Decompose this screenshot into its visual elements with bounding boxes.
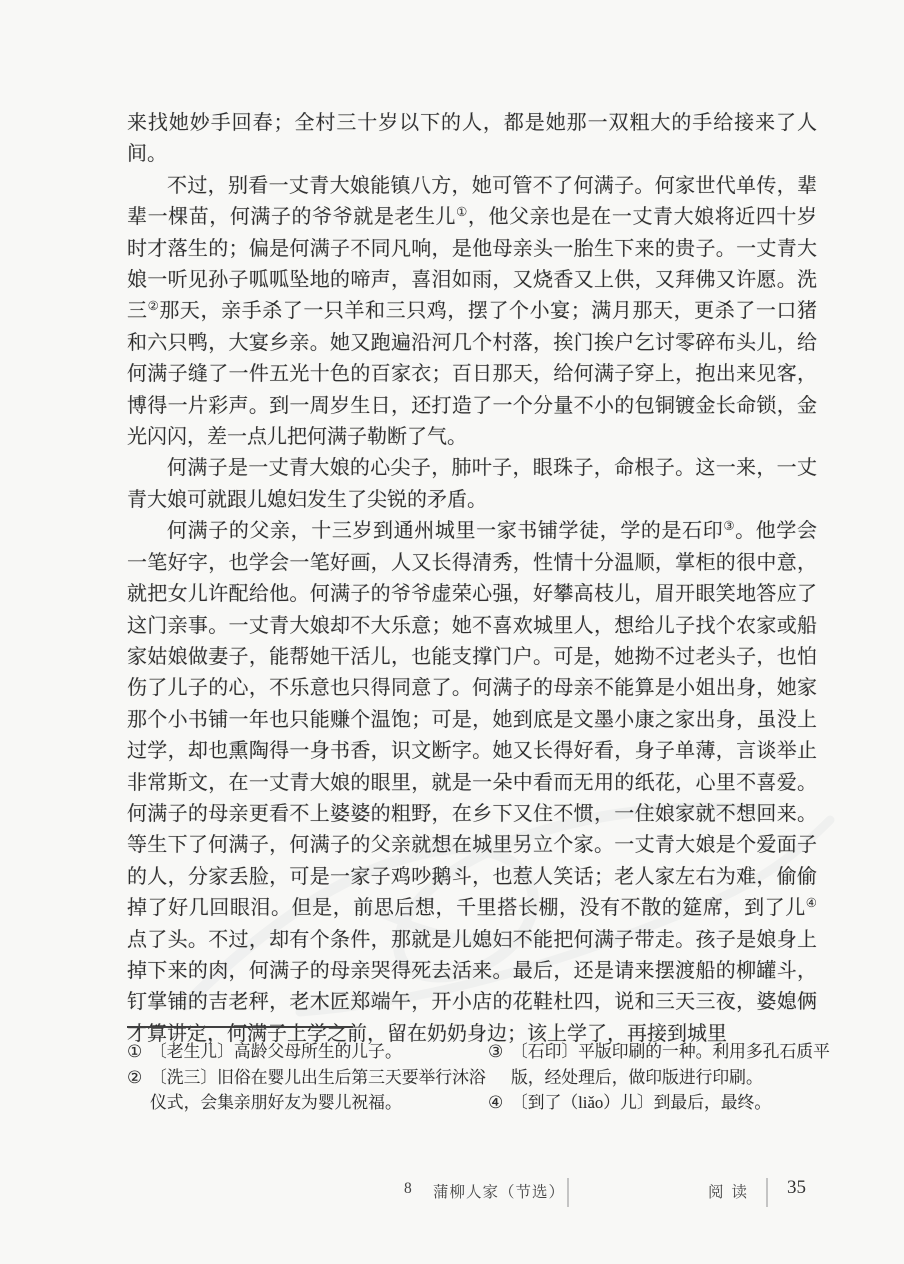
footnote-marker: ① [127, 1039, 150, 1065]
footnotes-left-column: ①〔老生儿〕高龄父母所生的儿子。②〔洗三〕旧俗在婴儿出生后第三天要举行沐浴仪式，… [127, 1039, 489, 1116]
paragraph: 不过，别看一丈青大娘能镇八方，她可管不了何满子。何家世代单传，辈辈一棵苗，何满子… [127, 171, 817, 454]
lesson-body-text: 来找她妙手回春；全村三十岁以下的人，都是她那一双粗大的手给接来了人间。不过，别看… [127, 108, 817, 1050]
footer-divider [567, 1178, 569, 1207]
text-run: 何满子是一丈青大娘的心尖子，肺叶子，眼珠子，命根子。这一来，一丈青大娘可就跟儿媳… [127, 457, 817, 510]
footnote-item: ③〔石印〕平版印刷的一种。利用多孔石质平版，经处理后，做印版进行印刷。 [488, 1039, 842, 1090]
footnote-text: 〔洗三〕旧俗在婴儿出生后第三天要举行沐浴仪式，会集亲朋好友为婴儿祝福。 [150, 1065, 489, 1116]
page-footer: 8 蒲柳人家（节选） 阅读 35 [0, 1176, 904, 1216]
footnote-item: ①〔老生儿〕高龄父母所生的儿子。 [127, 1039, 489, 1065]
footnote-separator-rule [127, 1026, 353, 1028]
footnote-marker: ④ [488, 1090, 511, 1116]
footnote-ref-marker: ① [456, 205, 468, 219]
section-label: 阅读 [708, 1180, 755, 1202]
footnote-text: 〔到了（liǎo）儿〕到最后，最终。 [511, 1090, 842, 1116]
text-run: 那天，亲手杀了一只羊和三只鸡，摆了个小宴；满月那天，更杀了一口猪和六只鸭，大宴乡… [127, 300, 817, 448]
text-run: 何满子的父亲，十三岁到通州城里一家书铺学徒，学的是石印 [167, 520, 723, 542]
footnote-item: ②〔洗三〕旧俗在婴儿出生后第三天要举行沐浴仪式，会集亲朋好友为婴儿祝福。 [127, 1065, 489, 1116]
text-run: 。他学会一笔好字，也学会一笔好画，人又长得清秀，性情十分温顺，掌柜的很中意，就把… [127, 520, 817, 919]
footnote-marker: ③ [488, 1039, 511, 1065]
footnote-text: 〔老生儿〕高龄父母所生的儿子。 [150, 1039, 489, 1065]
paragraph: 何满子的父亲，十三岁到通州城里一家书铺学徒，学的是石印③。他学会一笔好字，也学会… [127, 516, 817, 1050]
footer-divider [766, 1178, 768, 1207]
footnote-text: 〔石印〕平版印刷的一种。利用多孔石质平版，经处理后，做印版进行印刷。 [511, 1039, 842, 1090]
textbook-page: 来找她妙手回春；全村三十岁以下的人，都是她那一双粗大的手给接来了人间。不过，别看… [0, 0, 904, 1264]
footnote-item: ④〔到了（liǎo）儿〕到最后，最终。 [488, 1090, 842, 1116]
page-number: 35 [787, 1177, 806, 1199]
text-run: 来找她妙手回春；全村三十岁以下的人，都是她那一双粗大的手给接来了人间。 [127, 112, 817, 165]
footnote-ref-marker: ② [148, 299, 160, 313]
footnotes-right-column: ③〔石印〕平版印刷的一种。利用多孔石质平版，经处理后，做印版进行印刷。④〔到了（… [488, 1039, 842, 1116]
lesson-title: 蒲柳人家（节选） [433, 1180, 565, 1202]
footnote-ref-marker: ④ [806, 896, 817, 910]
paragraph: 来找她妙手回春；全村三十岁以下的人，都是她那一双粗大的手给接来了人间。 [127, 108, 817, 171]
lesson-number: 8 [404, 1180, 412, 1198]
paragraph: 何满子是一丈青大娘的心尖子，肺叶子，眼珠子，命根子。这一来，一丈青大娘可就跟儿媳… [127, 453, 817, 516]
footnote-ref-marker: ③ [723, 519, 735, 533]
footnote-marker: ② [127, 1065, 150, 1091]
